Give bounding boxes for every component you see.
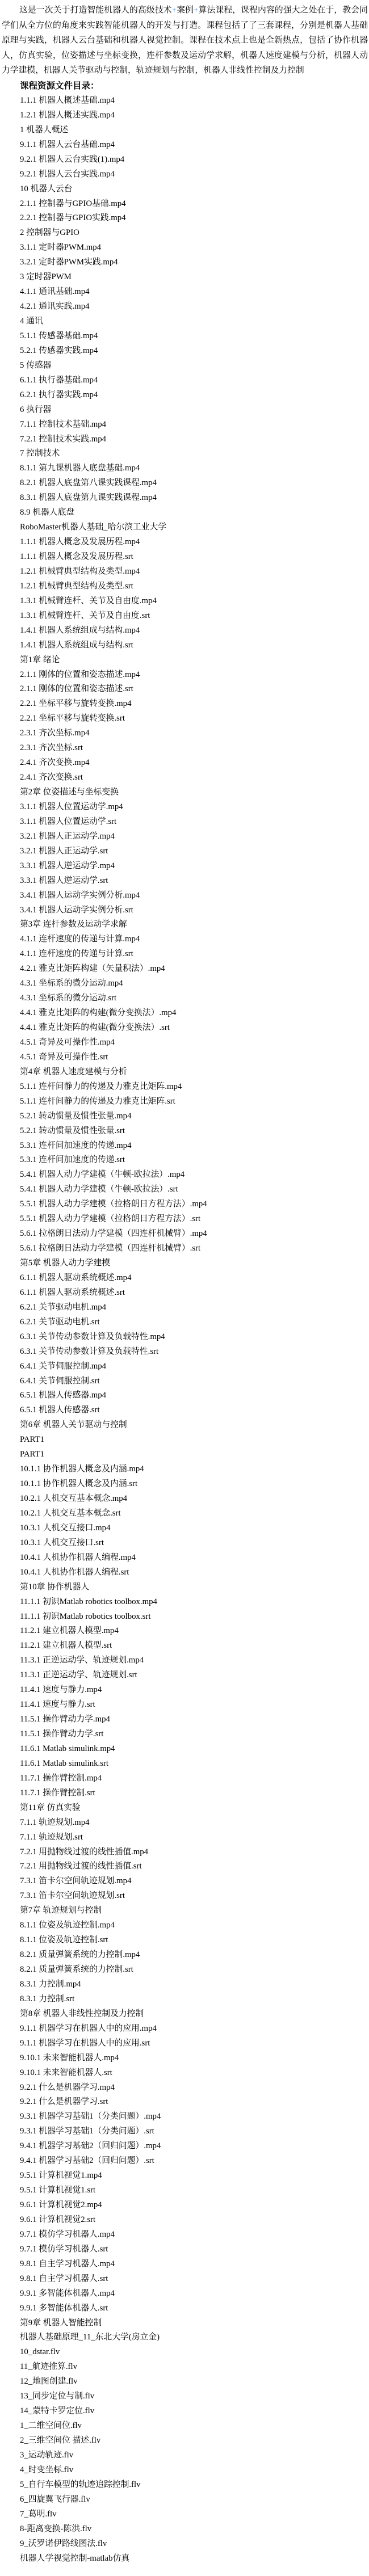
file-list-item: 11.6.1 Matlab simulink.srt bbox=[2, 1757, 368, 1771]
file-list-item: 11.5.1 操作臂动力学.mp4 bbox=[2, 1712, 368, 1727]
file-list-item: 6.3.1 关节传动参数计算及负载特性.srt bbox=[2, 1345, 368, 1359]
file-list-item: 11.1.1 初识Matlab robotics toolbox.srt bbox=[2, 1610, 368, 1624]
file-list-item: 4.4.1 雅克比矩阵的构建(微分变换法）.srt bbox=[2, 1021, 368, 1036]
file-list-item: 6.2.1 关节驱动电机.mp4 bbox=[2, 1300, 368, 1315]
file-list-item: 2.3.1 齐次坐标.mp4 bbox=[2, 726, 368, 741]
intro-text-segment: 算法课程，课程内容的强大之处在于，教会同学们从全方位的角度来实践智能机器人的开发… bbox=[2, 6, 368, 75]
file-list-item: 5.2.1 转动惯量及惯性张量.mp4 bbox=[2, 1109, 368, 1124]
file-list-item: 5.5.1 机器人动力学建模（拉格朗日方程方法）.mp4 bbox=[2, 1197, 368, 1212]
file-list-item: 10.3.1 人机交互接口.mp4 bbox=[2, 1521, 368, 1536]
file-list-item: 13_同步定位与制.flv bbox=[2, 2389, 368, 2404]
file-list-item: 11.1.1 初识Matlab robotics toolbox.mp4 bbox=[2, 1595, 368, 1610]
file-list-item: 12_地图创建.flv bbox=[2, 2375, 368, 2389]
file-list-item: 4.5.1 奇异及可操作性.mp4 bbox=[2, 1036, 368, 1050]
file-list-item: 6.1.1 机器人驱动系统概述.srt bbox=[2, 1286, 368, 1300]
file-list-item: 10_dstar.flv bbox=[2, 2345, 368, 2360]
file-list-item: 6_四旋翼飞行器.flv bbox=[2, 2493, 368, 2507]
file-list-item: 3.3.1 机器人逆运动学.mp4 bbox=[2, 859, 368, 874]
file-list: 1.1.1 机器人概述基础.mp41.2.1 机器人概述实践.mp41 机器人概… bbox=[2, 94, 368, 2566]
file-list-item: 第3章 连杆参数及运动学求解 bbox=[2, 917, 368, 932]
file-list-item: 第9章 机器人智能控制 bbox=[2, 2316, 368, 2331]
file-list-item: 2.2.1 坐标平移与旋转变换.mp4 bbox=[2, 697, 368, 712]
file-list-item: 机器人学视觉控制-matlab仿真 bbox=[2, 2552, 368, 2566]
file-list-item: 7.1.1 轨迹规划.srt bbox=[2, 1830, 368, 1845]
file-list-item: 1.2.1 机械臂典型结构及类型.mp4 bbox=[2, 565, 368, 579]
file-list-item: 3.1.1 机器人位置运动学.mp4 bbox=[2, 800, 368, 815]
file-list-item: 1.3.1 机械臂连杆、关节及自由度.mp4 bbox=[2, 594, 368, 609]
file-list-item: 5.5.1 机器人动力学建模（拉格朗日方程方法）.srt bbox=[2, 1212, 368, 1227]
file-list-item: 1.1.1 机器人概念及发展历程.srt bbox=[2, 550, 368, 565]
file-list-item: 第2章 位姿描述与坐标变换 bbox=[2, 785, 368, 800]
file-list-item: 5.4.1 机器人动力学建模（牛顿-欧拉法）.mp4 bbox=[2, 1168, 368, 1182]
file-list-item: 9.9.1 多智能体机器人.srt bbox=[2, 2301, 368, 2316]
file-list-item: 第1章 绪论 bbox=[2, 653, 368, 668]
file-list-item: PART1 bbox=[2, 1447, 368, 1462]
file-list-item: 9.2.1 什么是机器学习.mp4 bbox=[2, 2081, 368, 2095]
file-list-item: 7.2.1 用抛物线过渡的线性插值.srt bbox=[2, 1859, 368, 1874]
file-list-item: 9.2.1 什么是机器学习.srt bbox=[2, 2095, 368, 2110]
file-list-item: 5 传感器 bbox=[2, 359, 368, 373]
file-list-item: 10 机器人云台 bbox=[2, 182, 368, 197]
file-list-item: 7.1.1 轨迹规划.mp4 bbox=[2, 1816, 368, 1830]
file-list-item: 第10章 协作机器人 bbox=[2, 1580, 368, 1595]
file-list-item: 6.4.1 关节伺服控制.srt bbox=[2, 1374, 368, 1389]
file-list-item: 9.10.1 未来智能机器人.mp4 bbox=[2, 2051, 368, 2066]
file-list-item: 8-距离变换-陈洪.flv bbox=[2, 2522, 368, 2537]
file-list-item: 2.1.1 刚体的位置和姿态描述.mp4 bbox=[2, 668, 368, 683]
file-list-item: 2.1.1 刚体的位置和姿态描述.srt bbox=[2, 682, 368, 697]
file-list-item: 4 通讯 bbox=[2, 314, 368, 329]
file-list-item: 5.2.1 传感器实践.mp4 bbox=[2, 344, 368, 359]
file-list-item: 11.3.1 正逆运动学、轨迹规划.mp4 bbox=[2, 1653, 368, 1668]
file-list-item: 11_航迹推算.flv bbox=[2, 2360, 368, 2375]
file-list-item: 5_自行车模型的轨迹追踪控制.flv bbox=[2, 2478, 368, 2493]
file-list-item: 3.1.1 定时器PWM.mp4 bbox=[2, 241, 368, 255]
file-list-item: 1.2.1 机械臂典型结构及类型.srt bbox=[2, 579, 368, 594]
file-list-item: 9.6.1 计算机视觉2.srt bbox=[2, 2213, 368, 2228]
file-list-item: 5.1.1 连杆间静力的传递及力雅克比矩阵.srt bbox=[2, 1095, 368, 1109]
file-list-item: 1.1.1 机器人概述基础.mp4 bbox=[2, 94, 368, 108]
file-list-item: 8.9 机器人底盘 bbox=[2, 506, 368, 520]
file-list-item: 11.2.1 建立机器人模型.srt bbox=[2, 1639, 368, 1653]
file-list-item: 9.3.1 机器学习基础1（分类问题）.srt bbox=[2, 2124, 368, 2139]
file-list-item: 3.1.1 机器人位置运动学.srt bbox=[2, 815, 368, 830]
intro-text-segment: 这是一次关于打造智能机器人的高级技术 bbox=[19, 6, 172, 15]
file-list-item: 1.4.1 机器人系统组成与结构.mp4 bbox=[2, 624, 368, 638]
file-list-item: 第4章 机器人速度建模与分析 bbox=[2, 1065, 368, 1080]
file-list-item: 6.3.1 关节传动参数计算及负载特性.mp4 bbox=[2, 1330, 368, 1345]
file-list-item: 2.3.1 齐次坐标.srt bbox=[2, 741, 368, 756]
file-list-item: 9.5.1 计算机视觉1.srt bbox=[2, 2183, 368, 2198]
file-list-item: 9.8.1 自主学习机器人.srt bbox=[2, 2272, 368, 2287]
file-list-item: 第11章 仿真实验 bbox=[2, 1801, 368, 1816]
file-list-item: 2.4.1 齐次变换.srt bbox=[2, 771, 368, 785]
file-list-item: 11.2.1 建立机器人模型.mp4 bbox=[2, 1624, 368, 1639]
file-list-item: 4.4.1 雅克比矩阵的构建(微分变换法）.mp4 bbox=[2, 1006, 368, 1021]
file-list-item: 10.3.1 人机交互接口.srt bbox=[2, 1536, 368, 1551]
plus-accent: + bbox=[172, 6, 177, 15]
file-list-item: 4.5.1 奇异及可操作性.srt bbox=[2, 1050, 368, 1065]
file-list-item: 6.1.1 机器人驱动系统概述.mp4 bbox=[2, 1271, 368, 1286]
file-list-item: 5.1.1 连杆间静力的传递及力雅克比矩阵.mp4 bbox=[2, 1080, 368, 1095]
file-list-item: 9.1.1 机器人云台基础.mp4 bbox=[2, 138, 368, 153]
file-list-item: 8.3.1 机器人底盘第九课实践课程.mp4 bbox=[2, 491, 368, 506]
file-list-item: 6.1.1 执行器基础.mp4 bbox=[2, 373, 368, 388]
file-list-item: 4.1.1 连杆速度的传递与计算.mp4 bbox=[2, 932, 368, 947]
file-list-item: 第5章 机器人动力学建模 bbox=[2, 1256, 368, 1271]
file-list-item: 14_蒙特卡罗定位.flv bbox=[2, 2404, 368, 2419]
file-list-item: 10.4.1 人机协作机器人编程.srt bbox=[2, 1565, 368, 1580]
file-list-item: 3.2.1 机器人正运动学.mp4 bbox=[2, 830, 368, 844]
file-list-item: 7.1.1 控制技术基础.mp4 bbox=[2, 418, 368, 432]
file-list-item: 第8章 机器人非线性控制及力控制 bbox=[2, 2007, 368, 2022]
file-list-item: 10.2.1 人机交互基本概念.mp4 bbox=[2, 1492, 368, 1506]
file-list-item: 5.4.1 机器人动力学建模（牛顿-欧拉法）.srt bbox=[2, 1182, 368, 1197]
file-list-item: 机器人基础原理_11_东北大学(房立金) bbox=[2, 2330, 368, 2345]
file-list-item: 11.7.1 操作臂控制.mp4 bbox=[2, 1771, 368, 1786]
file-list-item: 9.10.1 未来智能机器人.srt bbox=[2, 2066, 368, 2081]
course-intro-paragraph: 这是一次关于打造智能机器人的高级技术+案例+算法课程，课程内容的强大之处在于，教… bbox=[2, 3, 368, 78]
file-list-item: 2.1.1 控制器与GPIO基础.mp4 bbox=[2, 197, 368, 212]
file-list-item: 9.5.1 计算机视觉1.mp4 bbox=[2, 2169, 368, 2183]
file-list-item: 9.4.1 机器学习基础2（回归问题）.mp4 bbox=[2, 2139, 368, 2154]
file-list-item: 8.3.1 力控制.mp4 bbox=[2, 1977, 368, 1992]
file-list-item: 1.3.1 机械臂连杆、关节及自由度.srt bbox=[2, 609, 368, 624]
file-list-item: 10.4.1 人机协作机器人编程.mp4 bbox=[2, 1551, 368, 1565]
file-list-item: 9.4.1 机器学习基础2（回归问题）.srt bbox=[2, 2154, 368, 2169]
file-list-item: 5.1.1 传感器基础.mp4 bbox=[2, 329, 368, 344]
directory-heading: 课程资源文件目录： bbox=[2, 78, 368, 94]
file-list-item: 4_时变坐标.flv bbox=[2, 2463, 368, 2478]
file-list-item: 11.4.1 速度与静力.srt bbox=[2, 1698, 368, 1712]
file-list-item: PART1 bbox=[2, 1433, 368, 1447]
file-list-item: 8.1.1 位姿及轨迹控制.srt bbox=[2, 1933, 368, 1948]
file-list-item: 9.2.1 机器人云台实践(1).mp4 bbox=[2, 153, 368, 167]
file-list-item: 7 控制技术 bbox=[2, 447, 368, 461]
file-list-item: 3_运动轨迹.flv bbox=[2, 2448, 368, 2463]
file-list-item: 4.2.1 通讯实践.mp4 bbox=[2, 300, 368, 314]
file-list-item: 9.1.1 机器学习在机器人中的应用.mp4 bbox=[2, 2022, 368, 2036]
file-list-item: 9.9.1 多智能体机器人.mp4 bbox=[2, 2287, 368, 2301]
file-list-item: 7.2.1 控制技术实践.mp4 bbox=[2, 432, 368, 447]
file-list-item: 第6章 机器人关节驱动与控制 bbox=[2, 1418, 368, 1433]
file-list-item: 8.2.1 质量弹簧系统的力控制.srt bbox=[2, 1963, 368, 1977]
file-list-item: 11.7.1 操作臂控制.srt bbox=[2, 1786, 368, 1801]
file-list-item: 8.1.1 位姿及轨迹控制.mp4 bbox=[2, 1918, 368, 1933]
file-list-item: 6 执行器 bbox=[2, 403, 368, 418]
file-list-item: 3.2.1 机器人正运动学.srt bbox=[2, 844, 368, 859]
file-list-item: 9.7.1 模仿学习机器人.srt bbox=[2, 2242, 368, 2257]
file-list-item: 7.2.1 用抛物线过渡的线性插值.mp4 bbox=[2, 1845, 368, 1860]
file-list-item: 11.3.1 正逆运动学、轨迹规划.srt bbox=[2, 1668, 368, 1683]
file-list-item: 5.6.1 拉格朗日法动力学建模（四连杆机械臂）.mp4 bbox=[2, 1227, 368, 1241]
intro-text-segment: 案例 bbox=[177, 6, 194, 15]
file-list-item: 6.5.1 机器人传感器.mp4 bbox=[2, 1388, 368, 1403]
file-list-item: 6.2.1 关节驱动电机.srt bbox=[2, 1315, 368, 1330]
file-list-item: 1.2.1 机器人概述实践.mp4 bbox=[2, 108, 368, 123]
file-list-item: 9.8.1 自主学习机器人.mp4 bbox=[2, 2257, 368, 2272]
file-list-item: 3.3.1 机器人逆运动学.srt bbox=[2, 874, 368, 889]
file-list-item: 3.4.1 机器人运动学实例分析.mp4 bbox=[2, 889, 368, 903]
file-list-item: 2 控制器与GPIO bbox=[2, 226, 368, 241]
file-list-item: 8.1.1 第九课机器人底盘基础.mp4 bbox=[2, 461, 368, 476]
file-list-item: 8.2.1 机器人底盘第八课实践课程.mp4 bbox=[2, 476, 368, 491]
file-list-item: 3.2.1 定时器PWM实践.mp4 bbox=[2, 255, 368, 270]
file-list-item: 5.3.1 连杆间加速度的传递.mp4 bbox=[2, 1139, 368, 1154]
file-list-item: 1 机器人概述 bbox=[2, 123, 368, 138]
file-list-item: 9.6.1 计算机视觉2.mp4 bbox=[2, 2198, 368, 2213]
file-list-item: 7.3.1 笛卡尔空间轨迹规划.mp4 bbox=[2, 1874, 368, 1889]
file-list-item: 2_三维空间位 描述.flv bbox=[2, 2434, 368, 2448]
file-list-item: 5.3.1 连杆间加速度的传递.srt bbox=[2, 1153, 368, 1168]
file-list-item: 2.4.1 齐次变换.mp4 bbox=[2, 756, 368, 771]
file-list-item: 6.2.1 执行器实践.mp4 bbox=[2, 388, 368, 403]
file-list-item: 11.6.1 Matlab simulink.mp4 bbox=[2, 1742, 368, 1757]
file-list-item: 4.1.1 通讯基础.mp4 bbox=[2, 285, 368, 300]
file-list-item: 1.1.1 机器人概念及发展历程.mp4 bbox=[2, 535, 368, 550]
course-description-document: 这是一次关于打造智能机器人的高级技术+案例+算法课程，课程内容的强大之处在于，教… bbox=[0, 0, 369, 2566]
file-list-item: 8.3.1 力控制.srt bbox=[2, 1992, 368, 2007]
file-list-item: 7.3.1 笛卡尔空间轨迹规划.srt bbox=[2, 1889, 368, 1904]
file-list-item: 5.6.1 拉格朗日法动力学建模（四连杆机械臂）.srt bbox=[2, 1241, 368, 1256]
file-list-item: 1.4.1 机器人系统组成与结构.srt bbox=[2, 638, 368, 653]
file-list-item: 7_葛明.flv bbox=[2, 2507, 368, 2522]
file-list-item: 2.2.1 坐标平移与旋转变换.srt bbox=[2, 712, 368, 726]
file-list-item: 4.2.1 雅克比矩阵构建（矢量积法）.mp4 bbox=[2, 962, 368, 976]
file-list-item: 11.4.1 速度与静力.mp4 bbox=[2, 1683, 368, 1698]
file-list-item: 4.3.1 坐标系的微分运动.srt bbox=[2, 991, 368, 1006]
file-list-item: 6.4.1 关节伺服控制.mp4 bbox=[2, 1359, 368, 1374]
file-list-item: 10.2.1 人机交互基本概念.srt bbox=[2, 1506, 368, 1521]
file-list-item: RoboMaster机器人基础_哈尔滨工业大学 bbox=[2, 520, 368, 535]
file-list-item: 5.2.1 转动惯量及惯性张量.srt bbox=[2, 1124, 368, 1139]
file-list-item: 9.1.1 机器学习在机器人中的应用.srt bbox=[2, 2036, 368, 2051]
file-list-item: 4.1.1 连杆速度的传递与计算.srt bbox=[2, 947, 368, 962]
file-list-item: 3.4.1 机器人运动学实例分析.srt bbox=[2, 903, 368, 918]
file-list-item: 9_沃罗诺伊路线图法.flv bbox=[2, 2537, 368, 2552]
file-list-item: 9.2.1 机器人云台实践.mp4 bbox=[2, 167, 368, 182]
file-list-item: 3 定时器PWM bbox=[2, 270, 368, 285]
file-list-item: 11.5.1 操作臂动力学.srt bbox=[2, 1727, 368, 1742]
file-list-item: 第7章 轨迹规划与控制 bbox=[2, 1904, 368, 1918]
file-list-item: 10.1.1 协作机器人概念及内涵.srt bbox=[2, 1477, 368, 1492]
file-list-item: 4.3.1 坐标系的微分运动.mp4 bbox=[2, 976, 368, 991]
file-list-item: 10.1.1 协作机器人概念及内涵.mp4 bbox=[2, 1462, 368, 1477]
file-list-item: 2.2.1 控制器与GPIO实践.mp4 bbox=[2, 211, 368, 226]
file-list-item: 9.3.1 机器学习基础1（分类问题）.mp4 bbox=[2, 2110, 368, 2124]
file-list-item: 9.7.1 模仿学习机器人.mp4 bbox=[2, 2228, 368, 2242]
file-list-item: 6.5.1 机器人传感器.srt bbox=[2, 1403, 368, 1418]
file-list-item: 1_二维空间位.flv bbox=[2, 2419, 368, 2434]
file-list-item: 8.2.1 质量弹簧系统的力控制.mp4 bbox=[2, 1948, 368, 1963]
